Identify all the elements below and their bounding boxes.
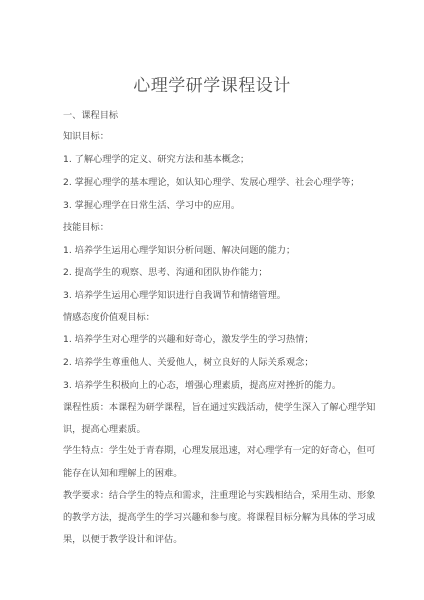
skill-objective-2: 2. 提高学生的观察、思考、沟通和团队协作能力； xyxy=(63,266,363,280)
student-traits-line-2: 能存在认知和理解上的困难。 xyxy=(63,467,363,481)
course-nature-line-2: 识，提高心理素质。 xyxy=(63,423,363,437)
knowledge-objective-1: 1. 了解心理学的定义、研究方法和基本概念； xyxy=(63,153,363,167)
subheading-knowledge-objectives: 知识目标： xyxy=(63,130,363,144)
teaching-requirements-line-3: 果，以便于教学设计和评估。 xyxy=(63,533,363,547)
attitude-objective-2: 2. 培养学生尊重他人、关爱他人，树立良好的人际关系观念； xyxy=(63,356,363,370)
knowledge-objective-3: 3. 掌握心理学在日常生活、学习中的应用。 xyxy=(63,199,363,213)
knowledge-objective-2: 2. 掌握心理学的基本理论，如认知心理学、发展心理学、社会心理学等； xyxy=(63,176,363,190)
document-title: 心理学研学课程设计 xyxy=(0,74,424,98)
attitude-objective-3: 3. 培养学生积极向上的心态，增强心理素质，提高应对挫折的能力。 xyxy=(63,379,363,393)
teaching-requirements-line-2: 的教学方法，提高学生的学习兴趣和参与度。将课程目标分解为具体的学习成 xyxy=(63,511,363,525)
section-heading-course-objectives: 一、课程目标 xyxy=(63,109,363,123)
subheading-skill-objectives: 技能目标： xyxy=(63,221,363,235)
skill-objective-3: 3. 培养学生运用心理学知识进行自我调节和情绪管理。 xyxy=(63,289,363,303)
skill-objective-1: 1. 培养学生运用心理学知识分析问题、解决问题的能力； xyxy=(63,244,363,258)
course-nature-line-1: 课程性质：本课程为研学课程，旨在通过实践活动，使学生深入了解心理学知 xyxy=(63,401,363,415)
teaching-requirements-line-1: 教学要求：结合学生的特点和需求，注重理论与实践相结合，采用生动、形象 xyxy=(63,489,363,503)
student-traits-line-1: 学生特点：学生处于青春期，心理发展迅速，对心理学有一定的好奇心，但可 xyxy=(63,444,363,458)
subheading-attitude-objectives: 情感态度价值观目标： xyxy=(63,311,363,325)
attitude-objective-1: 1. 培养学生对心理学的兴趣和好奇心，激发学生的学习热情； xyxy=(63,333,363,347)
document-page: 心理学研学课程设计 一、课程目标 知识目标： 1. 了解心理学的定义、研究方法和… xyxy=(0,0,424,600)
